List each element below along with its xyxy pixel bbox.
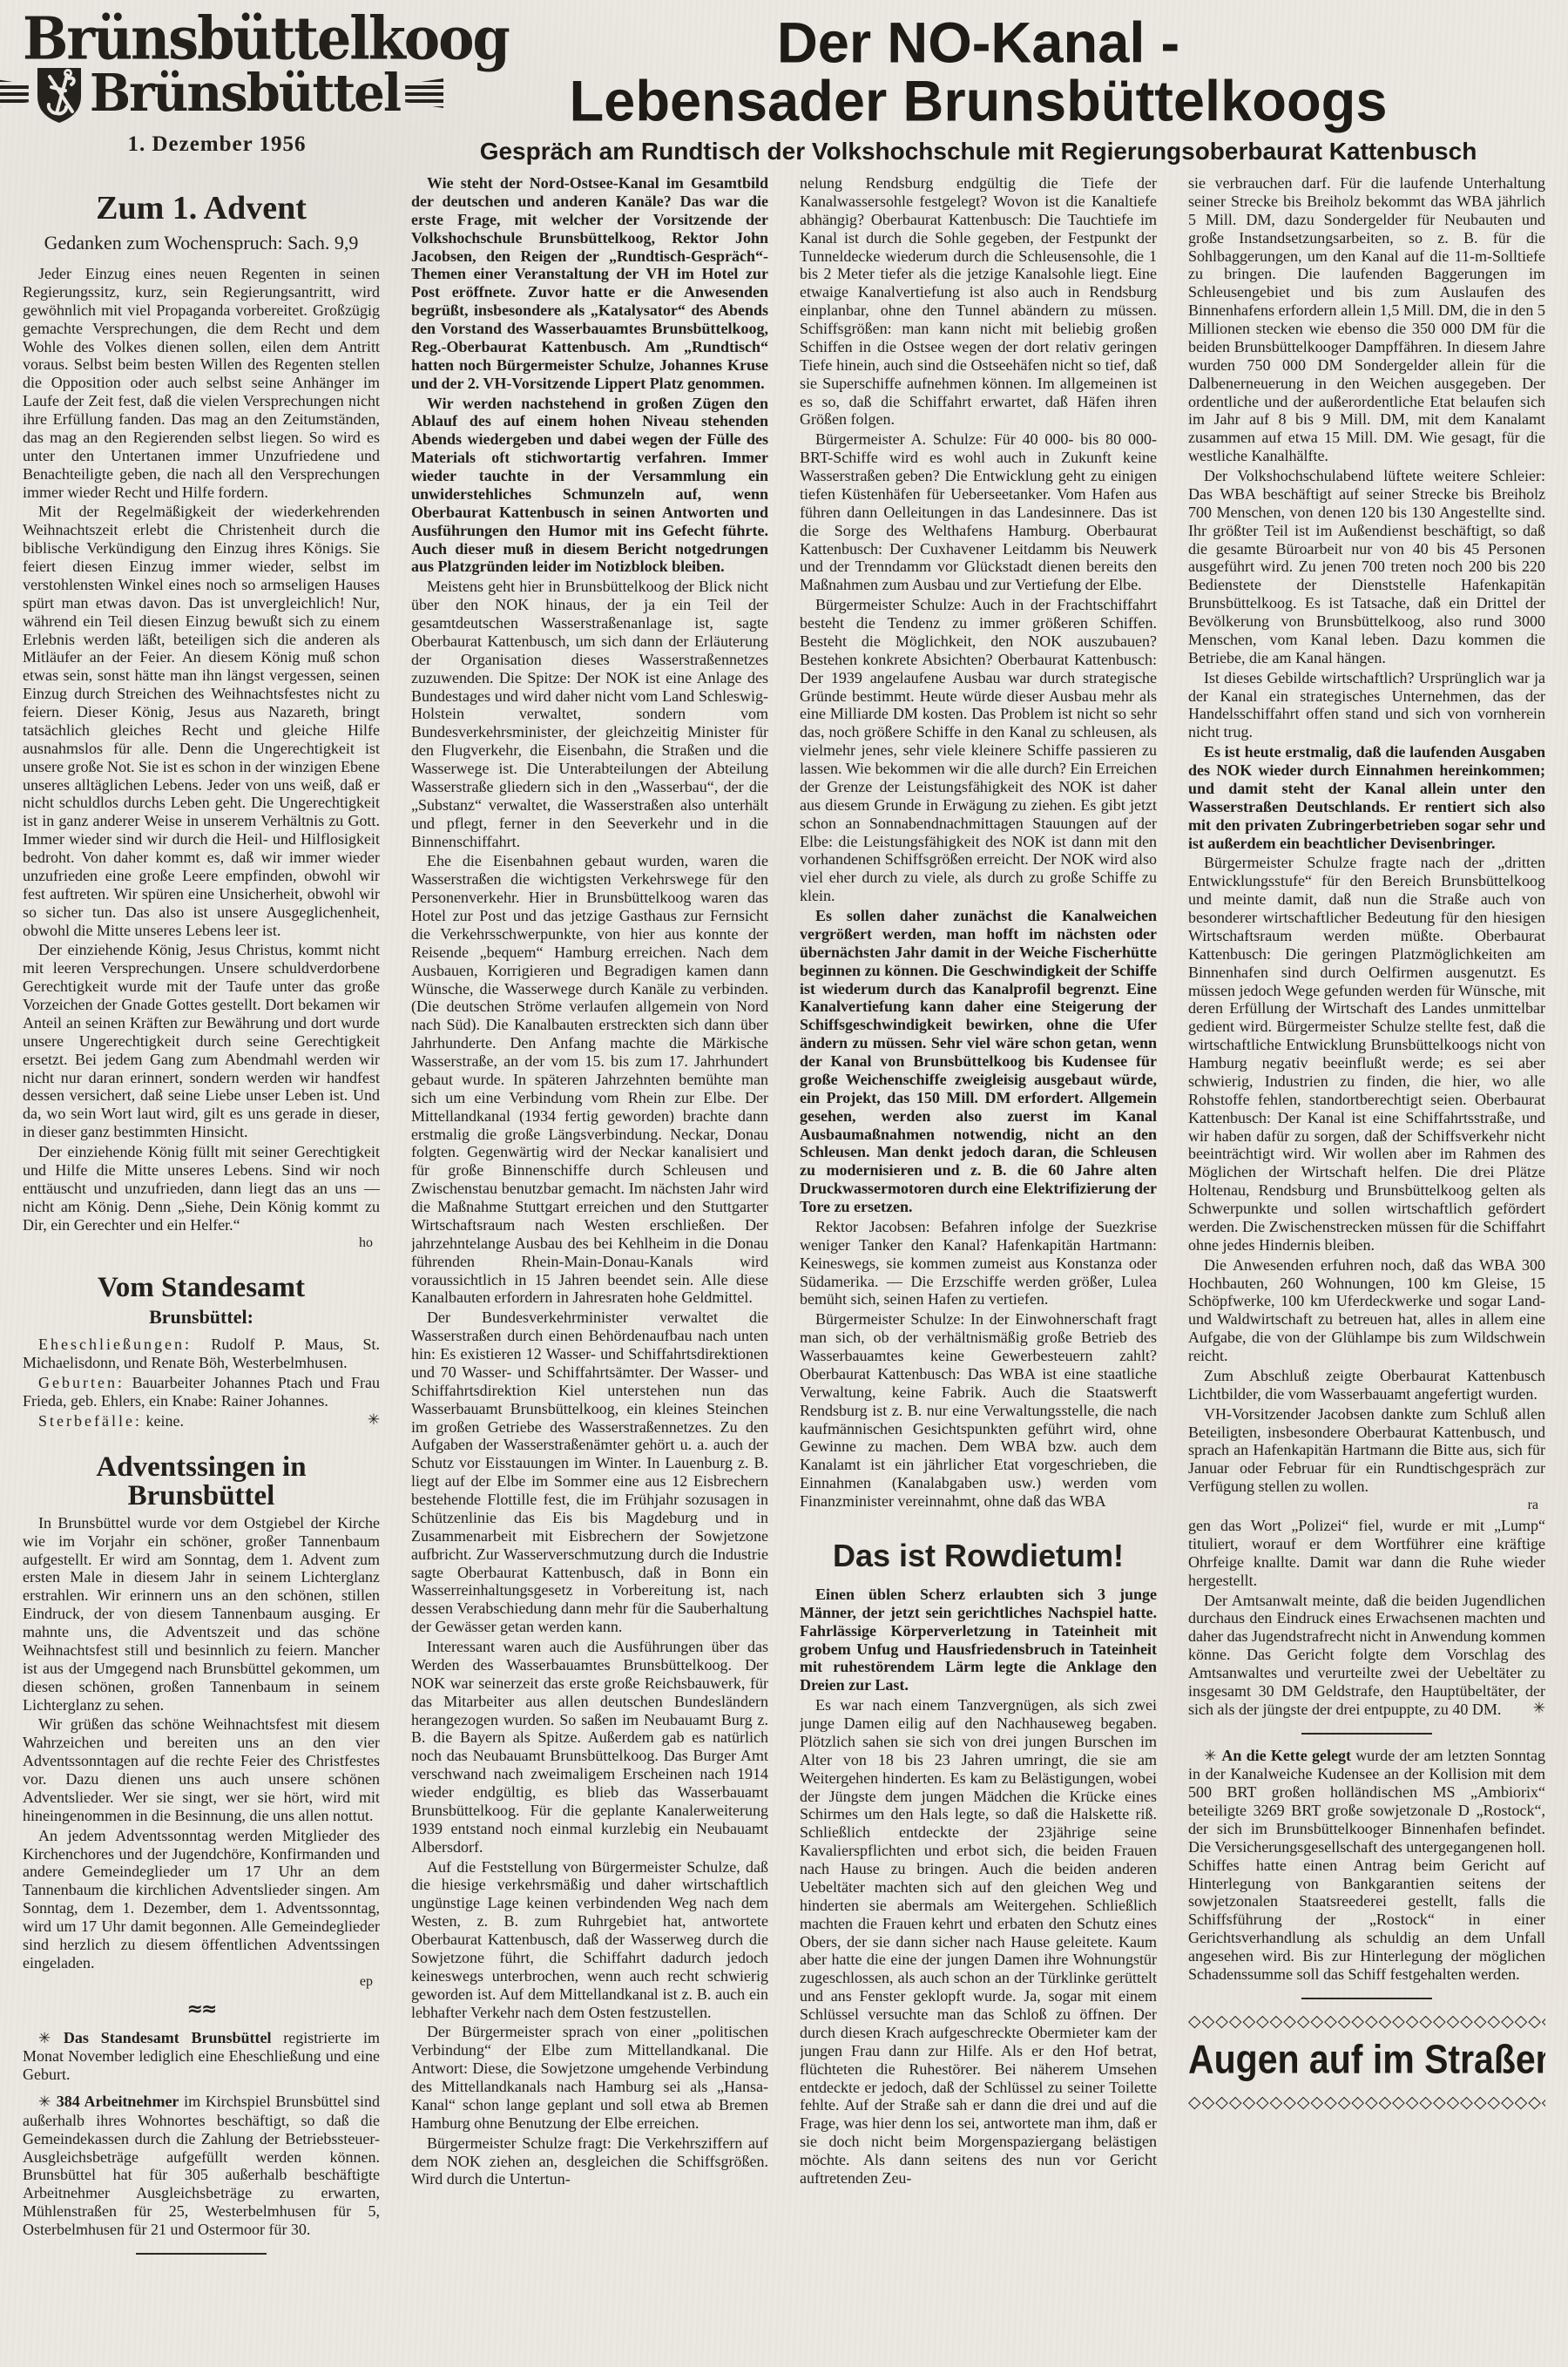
article-paragraph: Auf die Feststellung von Bürgermeister S… [411,1858,768,2022]
registry-entry-label: Geburten: [38,1374,125,1391]
article-paragraph: Ist dieses Gebilde wirtschaftlich? Urspr… [1188,669,1545,742]
issue-date: 1. Dezember 1956 [23,132,411,157]
author-initials: ep [23,1974,380,1990]
article-paragraph: Ehe die Eisenbahnen gebaut wurden, waren… [411,852,768,1307]
article-paragraph: Wir grüßen das schöne Weihnachtsfest mit… [23,1715,380,1824]
article-paragraph-continuation: gen das Wort „Polizei“ fiel, wurde er mi… [1188,1517,1545,1590]
rule-divider [1301,1998,1432,1999]
article-paragraph: Jeder Einzug eines neuen Regenten in sei… [23,265,380,501]
masthead-title-line2: Brünsbüttel [90,68,400,119]
article-lead-paragraph: Wie steht der Nord-Ostsee-Kanal im Gesam… [411,174,768,393]
masthead-title-line1: Brünsbüttelkoog [23,10,411,69]
registry-entry-label: Eheschließungen: [38,1336,192,1353]
article-lead-paragraph: Einen üblen Scherz erlaubten sich 3 jung… [800,1586,1157,1694]
diamond-border-ornament: ◇◇◇◇◇◇◇◇◇◇◇◇◇◇◇◇◇◇◇◇◇◇◇◇◇◇◇◇◇◇◇◇◇◇◇◇ [1188,2012,1545,2031]
article-paragraph: Der Bundesverkehrminister verwaltet die … [411,1309,768,1636]
anchor-shield-icon [34,66,84,124]
news-brief-lead: An die Kette gelegt [1221,1747,1351,1764]
rule-divider [136,2253,267,2255]
article-paragraph: Bürgermeister Schulze: In der Einwohners… [800,1310,1157,1511]
wave-divider-ornament: ≈≈ [23,1998,380,2020]
masthead: Brünsbüttelkoog Brünsbüttel [23,12,411,157]
news-brief: ✳ An die Kette gelegt wurde der am letzt… [1188,1747,1545,1984]
article-paragraph: In Brunsbüttel wurde vor dem Ostgiebel d… [23,1514,380,1714]
article-paragraph: Die Anwesenden erfuhren noch, daß das WB… [1188,1256,1545,1365]
star-ornament-icon: ✳ [352,1412,380,1430]
article-paragraph: VH-Vorsitzender Jacobsen dankte zum Schl… [1188,1405,1545,1496]
article-paragraph-continuation: nelung Rendsburg endgültig die Tiefe der… [800,174,1157,429]
article-paragraph: Zum Abschluß zeigte Oberbaurat Kattenbus… [1188,1367,1545,1403]
article-paragraph: Interessant waren auch die Ausführungen … [411,1638,768,1856]
article-paragraph: Der einziehende König füllt mit seiner G… [23,1143,380,1234]
article-paragraph: Bürgermeister A. Schulze: Für 40 000- bi… [800,430,1157,594]
main-headline-block: Der NO-Kanal - Lebensader Brunsbüttelkoo… [411,12,1545,166]
registry-entry: Geburten: Bauarbeiter Johannes Ptach und… [23,1374,380,1410]
article-paragraph: Der einziehende König, Jesus Christus, k… [23,941,380,1141]
main-headline-subtitle: Gespräch am Rundtisch der Volkshochschul… [411,138,1545,166]
article-subhead: Gedanken zum Wochenspruch: Sach. 9,9 [23,232,380,254]
article-paragraph: Bürgermeister Schulze fragte nach der „d… [1188,854,1545,1254]
article-lead-paragraph: Es sollen daher zunächst die Kanalweiche… [800,907,1157,1216]
star-ornament-icon: ✳ [1517,1701,1545,1718]
stripe-ornament-icon [0,78,29,108]
column-4: sie verbrauchen darf. Für die laufende U… [1188,174,1545,2343]
registry-entry: Sterbefälle: keine.✳ [23,1412,380,1430]
section-headline: Adventssingen in Brunsbüttel [23,1453,380,1511]
page-header: Brünsbüttelkoog Brünsbüttel [0,0,1568,171]
news-brief: ✳ 384 Arbeitnehmer im Kirchspiel Brunsbü… [23,2093,380,2239]
article-paragraph: Meistens geht hier in Brunsbüttelkoog de… [411,578,768,850]
star-ornament-icon: ✳ [38,2093,57,2111]
article-lead-paragraph: Es ist heute erstmalig, daß die laufende… [1188,743,1545,852]
main-headline-line1: Der NO-Kanal - [411,13,1545,72]
star-ornament-icon: ✳ [1204,1748,1221,1765]
article-paragraph: Mit der Regelmäßigkeit der wiederkehrend… [23,503,380,939]
article-paragraph: Bürgermeister Schulze: Auch in der Frach… [800,596,1157,905]
column-2: Wie steht der Nord-Ostsee-Kanal im Gesam… [411,174,768,2343]
article-columns: Zum 1. AdventGedanken zum Wochenspruch: … [0,171,1568,2343]
registry-entry-label: Sterbefälle: [38,1412,142,1430]
article-paragraph: An jedem Adventssonntag werden Mitgliede… [23,1827,380,1972]
article-paragraph-continuation: sie verbrauchen darf. Für die laufende U… [1188,174,1545,465]
article-lead-paragraph: Wir werden nachstehend in großen Zügen d… [411,395,768,577]
section-headline: Vom Standesamt [23,1274,380,1302]
column-3: nelung Rendsburg endgültig die Tiefe der… [800,174,1157,2343]
diamond-border-ornament: ◇◇◇◇◇◇◇◇◇◇◇◇◇◇◇◇◇◇◇◇◇◇◇◇◇◇◇◇◇◇◇◇◇◇◇◇ [1188,2093,1545,2112]
registry-entry: Eheschließungen: Rudolf P. Maus, St. Mic… [23,1336,380,1372]
traffic-safety-banner: Augen auf im Straßenverkehr! [1188,2037,1545,2083]
column-1: Zum 1. AdventGedanken zum Wochenspruch: … [23,174,380,2343]
news-brief-lead: Das Standesamt Brunsbüttel [64,2029,272,2046]
article-headline: Das ist Rowdietum! [800,1540,1157,1572]
newspaper-page: Brünsbüttelkoog Brünsbüttel [0,0,1568,2367]
article-paragraph: Der Bürgermeister sprach von einer „poli… [411,2023,768,2132]
article-paragraph: Der Amtsanwalt meinte, daß die beiden Ju… [1188,1592,1545,1719]
author-initials: ho [23,1235,380,1251]
author-initials: ra [1188,1498,1545,1513]
news-brief: ✳ Das Standesamt Brunsbüttel registriert… [23,2029,380,2084]
article-paragraph: Es war nach einem Tanzvergnügen, als sic… [800,1696,1157,2188]
article-paragraph: Bürgermeister Schulze fragt: Die Verkehr… [411,2134,768,2189]
rule-divider [1301,1733,1432,1735]
section-subhead: Brunsbüttel: [23,1306,380,1329]
article-paragraph: Rektor Jacobsen: Befahren infolge der Su… [800,1218,1157,1309]
star-ornament-icon: ✳ [38,2030,64,2047]
news-brief-lead: 384 Arbeitnehmer [57,2093,179,2110]
main-headline-line2: Lebensader Brunsbüttelkoogs [411,71,1545,131]
article-paragraph: Der Volkshochschulabend lüftete weitere … [1188,467,1545,667]
article-headline: Zum 1. Advent [23,192,380,225]
